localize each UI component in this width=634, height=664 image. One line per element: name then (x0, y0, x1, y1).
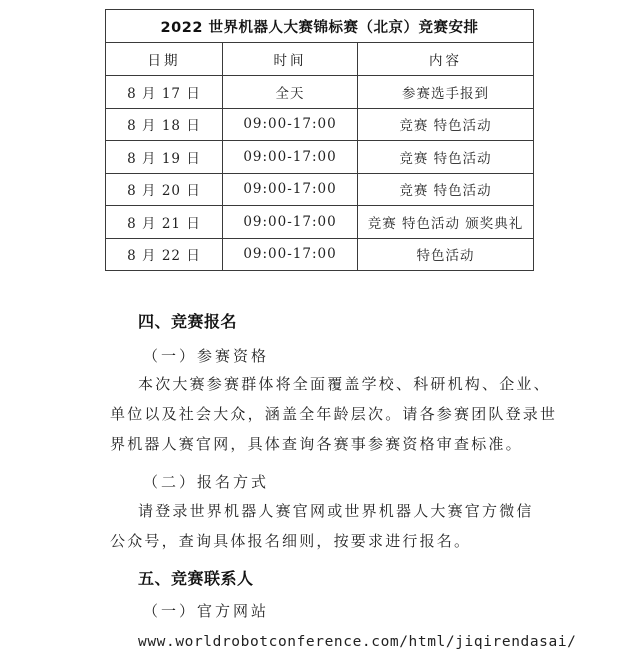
table-row: 8 月 20 日 09:00-17:00 竞赛 特色活动 (106, 173, 534, 206)
table-header-row: 日期 时间 内容 (106, 43, 534, 76)
paragraph-line: 本次大赛参赛群体将全面覆盖学校、科研机构、企业、 (110, 369, 530, 399)
subsection-heading-website: （一）官方网站 (143, 600, 563, 621)
table-row: 8 月 17 日 全天 参赛选手报到 (106, 76, 534, 109)
paragraph-line: 单位以及社会大众，涵盖全年龄层次。请各参赛团队登录世 (110, 399, 530, 429)
document-page: 2022 世界机器人大赛锦标赛（北京）竞赛安排 日期 时间 内容 8 月 17 … (0, 0, 634, 664)
column-header-content: 内容 (358, 43, 534, 76)
cell-date: 8 月 18 日 (106, 108, 223, 141)
cell-date: 8 月 22 日 (106, 238, 223, 271)
table-title-row: 2022 世界机器人大赛锦标赛（北京）竞赛安排 (106, 10, 534, 43)
cell-content: 特色活动 (358, 238, 534, 271)
subsection-heading-method: （二）报名方式 (143, 471, 563, 492)
cell-time: 全天 (223, 76, 358, 109)
paragraph-line: 界机器人赛官网，具体查询各赛事参赛资格审查标准。 (110, 429, 530, 459)
cell-date: 8 月 20 日 (106, 173, 223, 206)
cell-date: 8 月 21 日 (106, 206, 223, 239)
cell-content: 参赛选手报到 (358, 76, 534, 109)
cell-content: 竞赛 特色活动 颁奖典礼 (358, 206, 534, 239)
cell-time: 09:00-17:00 (223, 173, 358, 206)
column-header-date: 日期 (106, 43, 223, 76)
section-heading-contact: 五、竞赛联系人 (138, 566, 558, 589)
cell-time: 09:00-17:00 (223, 108, 358, 141)
cell-date: 8 月 17 日 (106, 76, 223, 109)
table-row: 8 月 22 日 09:00-17:00 特色活动 (106, 238, 534, 271)
cell-time: 09:00-17:00 (223, 206, 358, 239)
column-header-time: 时间 (223, 43, 358, 76)
table-title: 2022 世界机器人大赛锦标赛（北京）竞赛安排 (106, 10, 534, 43)
table-row: 8 月 21 日 09:00-17:00 竞赛 特色活动 颁奖典礼 (106, 206, 534, 239)
official-website-link[interactable]: www.worldrobotconference.com/html/jiqire… (138, 634, 558, 650)
subsection-heading-eligibility: （一）参赛资格 (143, 345, 563, 366)
cell-date: 8 月 19 日 (106, 141, 223, 174)
paragraph-line: 请登录世界机器人赛官网或世界机器人大赛官方微信 (110, 496, 530, 526)
paragraph-line: 公众号，查询具体报名细则，按要求进行报名。 (110, 526, 530, 556)
eligibility-paragraph: 本次大赛参赛群体将全面覆盖学校、科研机构、企业、 单位以及社会大众，涵盖全年龄层… (110, 369, 530, 459)
cell-content: 竞赛 特色活动 (358, 141, 534, 174)
cell-time: 09:00-17:00 (223, 238, 358, 271)
cell-time: 09:00-17:00 (223, 141, 358, 174)
table-row: 8 月 18 日 09:00-17:00 竞赛 特色活动 (106, 108, 534, 141)
competition-schedule-table: 2022 世界机器人大赛锦标赛（北京）竞赛安排 日期 时间 内容 8 月 17 … (105, 9, 534, 271)
table-row: 8 月 19 日 09:00-17:00 竞赛 特色活动 (106, 141, 534, 174)
cell-content: 竞赛 特色活动 (358, 173, 534, 206)
cell-content: 竞赛 特色活动 (358, 108, 534, 141)
section-heading-registration: 四、竞赛报名 (138, 309, 558, 332)
method-paragraph: 请登录世界机器人赛官网或世界机器人大赛官方微信 公众号，查询具体报名细则，按要求… (110, 496, 530, 556)
